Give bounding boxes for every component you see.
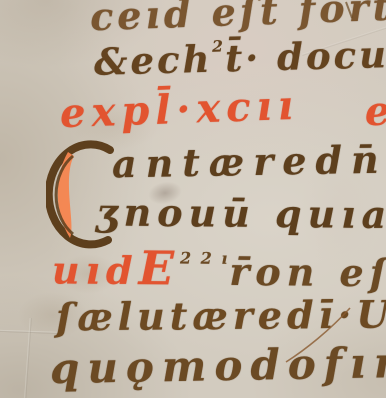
text-segment: 2 2 ı (180, 249, 230, 268)
rubric-edge-letter: e (365, 88, 386, 135)
manuscript-text-line: quǫmodofın (50, 338, 386, 393)
text-segment: e (365, 88, 386, 135)
text-segment: expl̄·xcıı (59, 82, 299, 137)
text-segment: t̄· docuıd7 (225, 30, 386, 80)
rubric-explicit-line: expl̄·xcıı (59, 82, 299, 137)
text-segment: antæredn̄ (112, 137, 386, 187)
manuscript-text-line: &ech2t̄· docuıd7 (93, 30, 386, 84)
manuscript-page: ceıd eſt fort &ech2t̄· docuıd7 expl̄·xcı… (0, 0, 386, 398)
text-segment: 2 (212, 36, 225, 55)
manuscript-text-line: ʒnouū quıa œ (96, 189, 386, 237)
parchment-crease (0, 330, 64, 334)
text-segment: ſælutæredī·U (56, 292, 386, 340)
text-segment: r̄on eſ f (229, 249, 386, 296)
text-segment: uıd (52, 247, 139, 293)
text-segment: quǫmodofın (50, 338, 386, 393)
manuscript-text-line: antæredn̄ (112, 137, 386, 187)
manuscript-text-line: uıdE2 2 ır̄on eſ f (52, 239, 386, 297)
manuscript-text-line: ſælutæredī·U (56, 292, 386, 340)
text-segment: E (138, 240, 180, 295)
parchment-crease (24, 318, 32, 398)
text-segment: &ech (93, 37, 212, 84)
text-segment: ʒnouū quıa œ (96, 189, 386, 237)
